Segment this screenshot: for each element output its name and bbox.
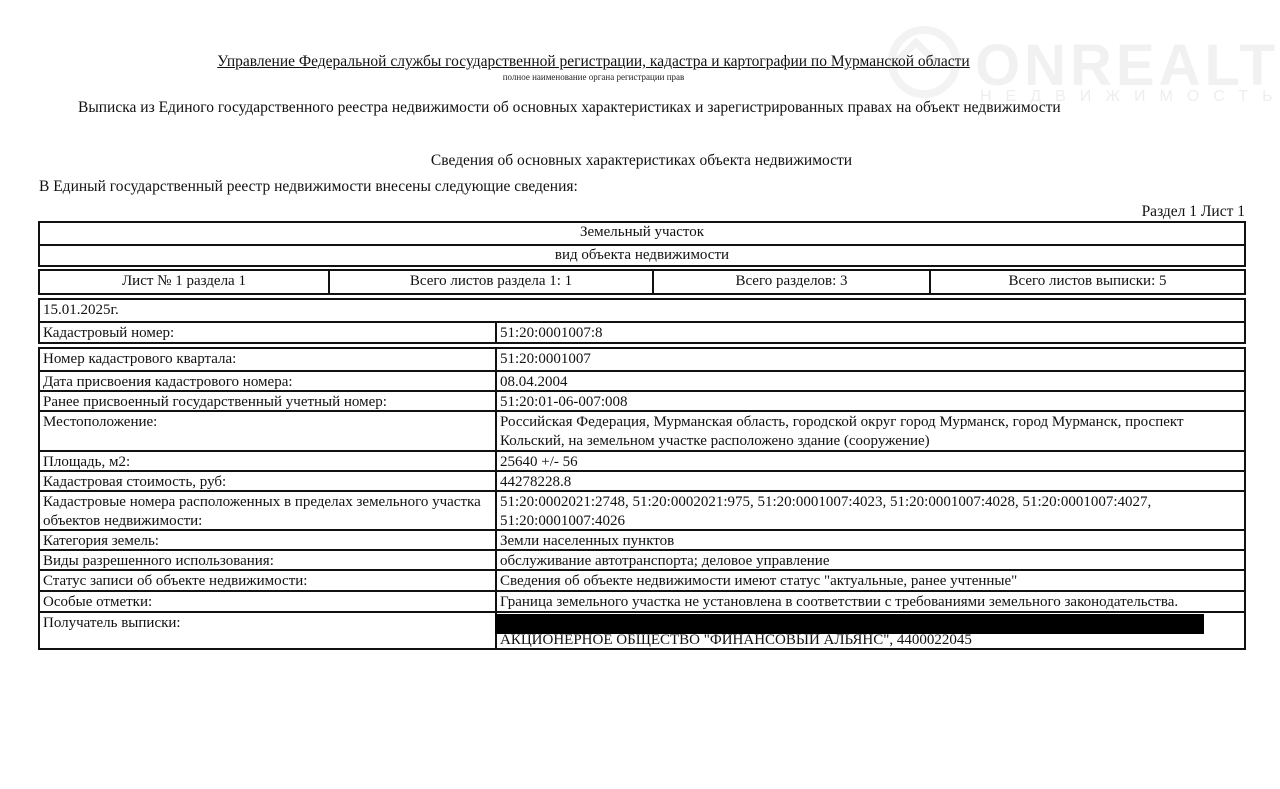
field-label: Получатель выписки: xyxy=(40,613,495,648)
section-title: Сведения об основных характеристиках объ… xyxy=(0,152,1280,170)
field-value: 51:20:0001007 xyxy=(495,349,1244,370)
field-row-special-notes: Особые отметки: Граница земельного участ… xyxy=(40,590,1244,611)
extract-date-row: 15.01.2025г. xyxy=(40,300,1244,321)
object-type-table: Земельный участок вид объекта недвижимос… xyxy=(38,221,1246,267)
field-row-previous-number: Ранее присвоенный государственный учетны… xyxy=(40,390,1244,410)
object-type: Земельный участок xyxy=(40,223,1244,244)
recipient-cell: АКЦИОНЕРНОЕ ОБЩЕСТВО "ФИНАНСОВЫЙ АЛЬЯНС"… xyxy=(495,613,1244,648)
section-sheets-total: Всего листов раздела 1: 1 xyxy=(328,271,652,293)
field-row-area: Площадь, м2: 25640 +/- 56 xyxy=(40,450,1244,470)
field-value: 51:20:01-06-007:008 xyxy=(495,392,1244,410)
extract-date: 15.01.2025г. xyxy=(40,300,1244,321)
field-value: 08.04.2004 xyxy=(495,372,1244,390)
field-value: 44278228.8 xyxy=(495,472,1244,490)
sheet-info-table: Лист № 1 раздела 1 Всего листов раздела … xyxy=(38,269,1246,295)
field-label: Особые отметки: xyxy=(40,592,495,611)
field-label: Кадастровые номера расположенных в преде… xyxy=(40,492,495,529)
field-value: обслуживание автотранспорта; деловое упр… xyxy=(495,551,1244,569)
field-row-land-category: Категория земель: Земли населенных пункт… xyxy=(40,529,1244,549)
sheet-number: Лист № 1 раздела 1 xyxy=(40,271,328,293)
organization-name: Управление Федеральной службы государств… xyxy=(0,53,1187,71)
field-row-cadastral-value: Кадастровая стоимость, руб: 44278228.8 xyxy=(40,470,1244,490)
intro-text: В Единый государственный реестр недвижим… xyxy=(39,178,578,196)
object-type-caption: вид объекта недвижимости xyxy=(40,244,1244,265)
field-row-assignment-date: Дата присвоения кадастрового номера: 08.… xyxy=(40,370,1244,390)
field-value: Сведения об объекте недвижимости имеют с… xyxy=(495,571,1244,590)
field-label: Кадастровая стоимость, руб: xyxy=(40,472,495,490)
field-label: Категория земель: xyxy=(40,531,495,549)
field-value: Российская Федерация, Мурманская область… xyxy=(495,412,1244,450)
field-value: АКЦИОНЕРНОЕ ОБЩЕСТВО "ФИНАНСОВЫЙ АЛЬЯНС"… xyxy=(500,631,972,650)
field-row-permitted-use: Виды разрешенного использования: обслужи… xyxy=(40,549,1244,569)
field-value: Земли населенных пунктов xyxy=(495,531,1244,549)
extract-title: Выписка из Единого государственного реес… xyxy=(78,99,1061,117)
cadastral-number-value: 51:20:0001007:8 xyxy=(495,323,1244,342)
cadastral-number-label: Кадастровый номер: xyxy=(40,323,495,342)
field-label: Дата присвоения кадастрового номера: xyxy=(40,372,495,390)
characteristics-table: Номер кадастрового квартала: 51:20:00010… xyxy=(38,347,1246,650)
field-label: Местоположение: xyxy=(40,412,495,450)
date-cadastral-table: 15.01.2025г. Кадастровый номер: 51:20:00… xyxy=(38,298,1246,344)
field-row-location: Местоположение: Российская Федерация, Му… xyxy=(40,410,1244,450)
cadastral-number-row: Кадастровый номер: 51:20:0001007:8 xyxy=(40,321,1244,342)
section-reference: Раздел 1 Лист 1 xyxy=(1142,203,1245,221)
organization-name-text: Управление Федеральной службы государств… xyxy=(217,53,969,70)
extract-sheets-total: Всего листов выписки: 5 xyxy=(929,271,1244,293)
field-label: Статус записи об объекте недвижимости: xyxy=(40,571,495,590)
field-label: Ранее присвоенный государственный учетны… xyxy=(40,392,495,410)
field-label: Номер кадастрового квартала: xyxy=(40,349,495,370)
organization-caption: полное наименование органа регистрации п… xyxy=(0,72,1187,82)
field-value: 25640 +/- 56 xyxy=(495,452,1244,470)
sections-total: Всего разделов: 3 xyxy=(652,271,929,293)
field-row-contained-objects: Кадастровые номера расположенных в преде… xyxy=(40,490,1244,529)
field-label: Виды разрешенного использования: xyxy=(40,551,495,569)
field-row-record-status: Статус записи об объекте недвижимости: С… xyxy=(40,569,1244,590)
field-row-recipient: Получатель выписки: АКЦИОНЕРНОЕ ОБЩЕСТВО… xyxy=(40,611,1244,648)
field-row-cadastral-quarter: Номер кадастрового квартала: 51:20:00010… xyxy=(40,349,1244,370)
field-label: Площадь, м2: xyxy=(40,452,495,470)
field-value: 51:20:0002021:2748, 51:20:0002021:975, 5… xyxy=(495,492,1244,529)
field-value: Граница земельного участка не установлен… xyxy=(495,592,1244,611)
